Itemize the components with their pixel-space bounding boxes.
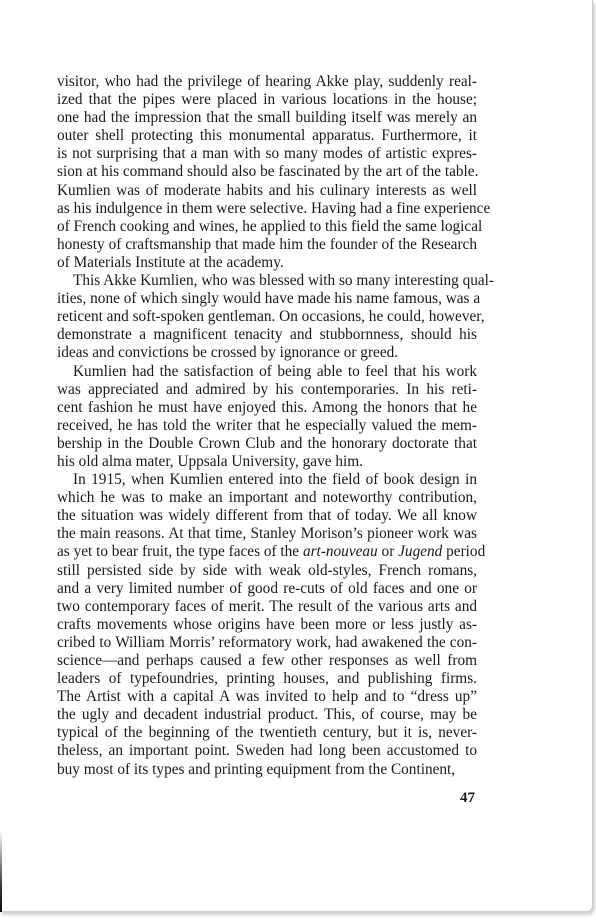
text-line: In 1915, when Kumlien entered into the f… bbox=[57, 471, 477, 489]
text-line: honesty of craftsmanship that made him t… bbox=[57, 236, 477, 254]
text-line: demonstrate a magnificent tenacity and s… bbox=[57, 326, 477, 344]
body-text: visitor, who had the privilege of hearin… bbox=[57, 73, 477, 779]
text-line: of French cooking and wines, he applied … bbox=[57, 218, 477, 236]
text-line: of Materials Institute at the academy. bbox=[57, 254, 477, 272]
text-line: cribed to William Morris’ reformatory wo… bbox=[57, 634, 477, 652]
text-line: buy most of its types and printing equip… bbox=[57, 761, 477, 779]
text-line: typical of the beginning of the twentiet… bbox=[57, 724, 477, 742]
text-line: his old alma mater, Uppsala University, … bbox=[57, 453, 477, 471]
text-line: was appreciated and admired by his conte… bbox=[57, 381, 477, 399]
text-line: the main reasons. At that time, Stanley … bbox=[57, 525, 477, 543]
text-line: visitor, who had the privilege of hearin… bbox=[57, 73, 477, 91]
paragraph: In 1915, when Kumlien entered into the f… bbox=[57, 471, 477, 779]
text-line: and a very limited number of good re-cut… bbox=[57, 580, 477, 598]
text-line: cent fashion he must have enjoyed this. … bbox=[57, 399, 477, 417]
text-line: leaders of typefoundries, printing house… bbox=[57, 670, 477, 688]
text-line: ideas and convictions be crossed by igno… bbox=[57, 344, 477, 362]
text-line: one had the impression that the small bu… bbox=[57, 109, 477, 127]
text-line: the situation was widely different from … bbox=[57, 507, 477, 525]
text-line: as his indulgence in them were selective… bbox=[57, 200, 477, 218]
text-line: as yet to bear fruit, the type faces of … bbox=[57, 543, 477, 561]
text-line: ized that the pipes were placed in vario… bbox=[57, 91, 477, 109]
text-line: crafts movements whose origins have been… bbox=[57, 616, 477, 634]
text-line: theless, an important point. Sweden had … bbox=[57, 742, 477, 760]
text-line: ities, none of which singly would have m… bbox=[57, 290, 477, 308]
text-line: This Akke Kumlien, who was blessed with … bbox=[57, 272, 477, 290]
italic-term: art-nouveau bbox=[303, 543, 378, 560]
text-line: Kumlien had the satisfaction of being ab… bbox=[57, 363, 477, 381]
text-line: reticent and soft-spoken gentleman. On o… bbox=[57, 308, 477, 326]
paragraph: Kumlien had the satisfaction of being ab… bbox=[57, 363, 477, 472]
text-line: which he was to make an important and no… bbox=[57, 489, 477, 507]
paragraph: visitor, who had the privilege of hearin… bbox=[57, 73, 477, 272]
text-line: received, he has told the writer that he… bbox=[57, 417, 477, 435]
text-line: The Artist with a capital A was invited … bbox=[57, 688, 477, 706]
italic-term: Jugend bbox=[398, 543, 442, 560]
page-left-edge-shadow bbox=[0, 830, 2, 912]
text-line: science—and perhaps caused a few other r… bbox=[57, 652, 477, 670]
text-line: still persisted side by side with weak o… bbox=[57, 562, 477, 580]
book-page: visitor, who had the privilege of hearin… bbox=[0, 0, 593, 912]
paragraph: This Akke Kumlien, who was blessed with … bbox=[57, 272, 477, 362]
text-line: Kumlien was of moderate habits and his c… bbox=[57, 182, 477, 200]
text-line: is not surprising that a man with so man… bbox=[57, 145, 477, 163]
text-line: the ugly and decadent industrial product… bbox=[57, 706, 477, 724]
text-line: sion at his command should also be fasci… bbox=[57, 163, 477, 181]
text-line: bership in the Double Crown Club and the… bbox=[57, 435, 477, 453]
text-line: two contemporary faces of merit. The res… bbox=[57, 598, 477, 616]
text-line: outer shell protecting this monumental a… bbox=[57, 127, 477, 145]
page-number: 47 bbox=[455, 790, 475, 807]
